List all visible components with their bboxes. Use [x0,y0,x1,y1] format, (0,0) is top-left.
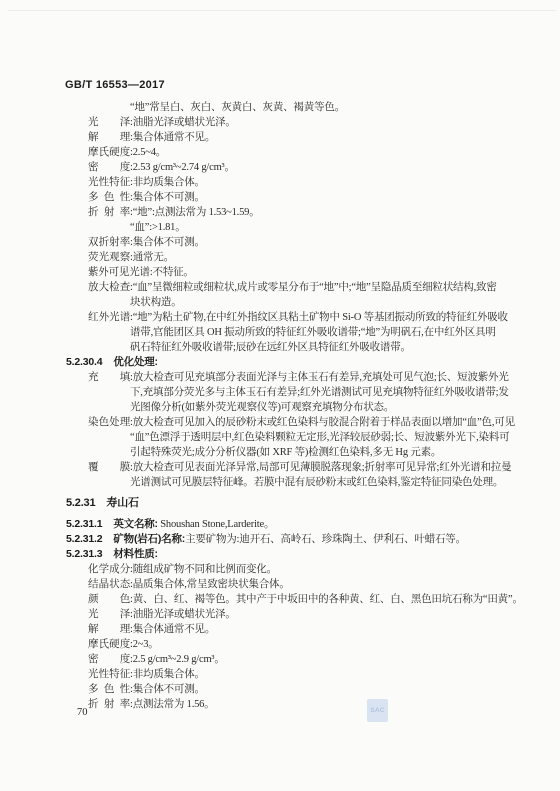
text-line: 光性特征:非均质集合体。 [88,667,560,682]
property-label: 化学成分 [88,562,130,577]
line-text: 引起特殊荧光;成分分析仪器(如 XRF 等)检测红色染料,多无 Hg 元素。 [130,447,441,458]
text-line: 红外光谱:“地”为粘土矿物,在中红外指纹区具粘土矿物中 Si-O 等基团振动所致… [88,310,560,325]
text-line: 光泽:油脂光泽或蜡状光泽。 [88,607,560,622]
text-line: 化学成分:随组成矿物不同和比例而变化。 [88,562,560,577]
line-text: 油脂光泽或蜡状光泽。 [133,609,236,620]
clause-heading-line: 5.2.31寿山石 [66,496,560,511]
scan-artifact-line [8,10,556,11]
line-text: 2.5 g/cm³~2.9 g/cm³。 [133,654,225,665]
line-text: 油脂光泽或蜡状光泽。 [133,117,236,128]
property-label: 摩氏硬度 [88,145,130,160]
property-label: 解理 [88,622,130,637]
line-text: 主要矿物为:迪开石、高岭石、珍珠陶土、伊利石、叶蜡石等。 [185,534,466,545]
clause-heading-line: 5.2.31.1英文名称: Shoushan Stone,Larderite。 [66,517,560,532]
line-text: “地”为粘土矿物,在中红外指纹区具粘土矿物中 Si-O 等基团振动所致的特征红外… [133,312,508,323]
watermark-label: SAC [370,707,384,714]
property-label: 充填 [88,370,130,385]
text-line: 谱带,官能团区具 OH 振动所致的特征红外吸收谱带;“地”为明矾石,在中红外区具… [130,325,560,340]
text-line: “地”常呈白、灰白、灰黄白、灰黄、褐黄等色。 [130,100,560,115]
clause-number: 5.2.31.3 [66,548,102,560]
line-text: 晶质集合体,常呈致密块状集合体。 [133,579,290,590]
clause-title: 材料性质: [113,548,158,560]
property-label: 密度 [88,652,130,667]
text-line: 折射率:“地”:点测法常为 1.53~1.59。 [88,205,560,220]
text-line: 解理:集合体通常不见。 [88,130,560,145]
text-line: 光图像分析(如紫外荧光观察仪等)可观察充填物分布状态。 [130,400,560,415]
line-text: 2.53 g/cm³~2.74 g/cm³。 [133,162,235,173]
text-line: 解理:集合体通常不见。 [88,622,560,637]
text-line: 摩氏硬度:2~3。 [88,637,560,652]
text-line: 染色处理:放大检查可见加入的辰砂粉末或红色染料与胶混合附着于样品表面以增加“血”… [88,415,560,430]
clause-title: 英文名称: [113,518,158,530]
line-text: “地”常呈白、灰白、灰黄白、灰黄、褐黄等色。 [130,102,345,113]
text-line: 摩氏硬度:2.5~4。 [88,145,560,160]
clause-heading-line: 5.2.30.4优化处理: [66,355,560,370]
line-text: 光图像分析(如紫外荧光观察仪等)可观察充填物分布状态。 [130,402,394,413]
clause-title: 寿山石 [106,497,138,509]
text-line: 矾石特征红外吸收谱带;辰砂在远红外区具特征红外吸收谱带。 [130,340,560,355]
line-text: 通常无。 [133,252,174,263]
document-number-header: GB/T 16553—2017 [65,79,165,91]
property-label: 光泽 [88,115,130,130]
line-text: 不特征。 [153,267,194,278]
clause-number: 5.2.31.2 [66,533,102,545]
clause-heading-line: 5.2.31.2矿物(岩石)名称:主要矿物为:迪开石、高岭石、珍珠陶土、伊利石、… [66,532,560,547]
text-line: 块状构造。 [130,295,560,310]
content-lines: “地”常呈白、灰白、灰黄白、灰黄、褐黄等色。光泽:油脂光泽或蜡状光泽。解理:集合… [0,100,560,712]
line-text: 黄、白、红、褐等色。其中产于中坂田中的各种黄、红、白、黑色田坑石称为“田黄”。 [133,594,523,605]
text-line: 紫外可见光谱:不特征。 [88,265,560,280]
property-label: 颜色 [88,592,130,607]
property-label: 密度 [88,160,130,175]
property-label: 紫外可见光谱 [88,265,150,280]
property-label: 光性特征 [88,175,130,190]
line-text: 放大检查可见表面光泽异常,局部可见薄膜脱落现象;折射率可见异常;红外光谱和拉曼 [133,462,512,473]
clause-title: 矿物(岩石)名称: [113,533,185,545]
text-line: 光性特征:非均质集合体。 [88,175,560,190]
line-text: 非均质集合体。 [133,669,205,680]
line-text: 集合体通常不见。 [133,624,215,635]
line-text: 放大检查可见充填部分表面光泽与主体玉石有差异,充填处可见气泡;长、短波紫外光 [133,372,509,383]
clause-heading-line: 5.2.31.3材料性质: [66,547,560,562]
property-label: 光性特征 [88,667,130,682]
text-line: 下,充填部分荧光多与主体玉石有差异;红外光谱测试可见充填物特征红外吸收谱带;发 [130,385,560,400]
text-line: 光泽:油脂光泽或蜡状光泽。 [88,115,560,130]
clause-number: 5.2.30.4 [66,356,102,368]
property-label: 覆膜 [88,460,130,475]
page-number: 70 [77,706,88,719]
text-line: 密度:2.5 g/cm³~2.9 g/cm³。 [88,652,560,667]
line-text: “血”色漂浮于透明层中,红色染料颗粒无定形,光泽较辰砂弱;长、短波紫外光下,染料… [130,432,509,443]
line-text: 放大检查可见加入的辰砂粉末或红色染料与胶混合附着于样品表面以增加“血”色,可见 [133,417,515,428]
line-text: 点测法常为 1.56。 [133,699,215,710]
line-text: 随组成矿物不同和比例而变化。 [133,564,277,575]
line-text: “血”:>1.81。 [130,222,186,233]
text-line: 密度:2.53 g/cm³~2.74 g/cm³。 [88,160,560,175]
text-line: 荧光观察:通常无。 [88,250,560,265]
property-label: 双折射率 [88,235,130,250]
text-line: 折射率:点测法常为 1.56。 [88,697,560,712]
line-text: 块状构造。 [130,297,182,308]
property-label: 多色性 [88,190,130,205]
line-text: 2~3。 [133,639,159,650]
line-text: 集合体不可测。 [133,237,205,248]
clause-title: 优化处理: [113,356,158,368]
text-line: 结晶状态:晶质集合体,常呈致密块状集合体。 [88,577,560,592]
text-line: 引起特殊荧光;成分分析仪器(如 XRF 等)检测红色染料,多无 Hg 元素。 [130,445,560,460]
property-label: 解理 [88,130,130,145]
text-line: 多色性:集合体不可测。 [88,682,560,697]
line-text: 下,充填部分荧光多与主体玉石有差异;红外光谱测试可见充填物特征红外吸收谱带;发 [130,387,509,398]
property-label: 折射率 [88,697,130,712]
property-label: 荧光观察 [88,250,130,265]
text-line: 双折射率:集合体不可测。 [88,235,560,250]
text-line: “血”色漂浮于透明层中,红色染料颗粒无定形,光泽较辰砂弱;长、短波紫外光下,染料… [130,430,560,445]
text-line: 光谱测试可见膜层特征峰。若膜中混有辰砂粉末或红色染料,鉴定特征同染色处理。 [130,475,560,490]
text-line: 覆膜:放大检查可见表面光泽异常,局部可见薄膜脱落现象;折射率可见异常;红外光谱和… [88,460,560,475]
line-text: “血”呈微细粒或细粒状,成片或零星分布于“地”中;“地”呈隐晶质至细粒状结构,致… [133,282,497,293]
text-line: 多色性:集合体不可测。 [88,190,560,205]
line-text: 集合体通常不见。 [133,132,215,143]
property-label: 结晶状态 [88,577,130,592]
line-text: Shoushan Stone,Larderite。 [158,519,274,530]
line-text: 集合体不可测。 [133,684,205,695]
property-label: 折射率 [88,205,130,220]
line-text: 矾石特征红外吸收谱带;辰砂在远红外区具特征红外吸收谱带。 [130,342,411,353]
text-line: 放大检查:“血”呈微细粒或细粒状,成片或零星分布于“地”中;“地”呈隐晶质至细粒… [88,280,560,295]
line-text: 光谱测试可见膜层特征峰。若膜中混有辰砂粉末或红色染料,鉴定特征同染色处理。 [130,477,503,488]
property-label: 多色性 [88,682,130,697]
property-label: 染色处理 [88,415,130,430]
property-label: 放大检查 [88,280,130,295]
property-label: 红外光谱 [88,310,130,325]
text-line: 充填:放大检查可见充填部分表面光泽与主体玉石有差异,充填处可见气泡;长、短波紫外… [88,370,560,385]
line-text: 非均质集合体。 [133,177,205,188]
text-line: “血”:>1.81。 [130,220,560,235]
line-text: 谱带,官能团区具 OH 振动所致的特征红外吸收谱带;“地”为明矾石,在中红外区具… [130,327,496,338]
clause-number: 5.2.31 [66,497,95,509]
line-text: “地”:点测法常为 1.53~1.59。 [133,207,260,218]
line-text: 2.5~4。 [133,147,166,158]
property-label: 摩氏硬度 [88,637,130,652]
sac-watermark-icon: SAC [367,699,388,722]
text-line: 颜色:黄、白、红、褐等色。其中产于中坂田中的各种黄、红、白、黑色田坑石称为“田黄… [88,592,560,607]
property-label: 光泽 [88,607,130,622]
clause-number: 5.2.31.1 [66,518,102,530]
line-text: 集合体不可测。 [133,192,205,203]
